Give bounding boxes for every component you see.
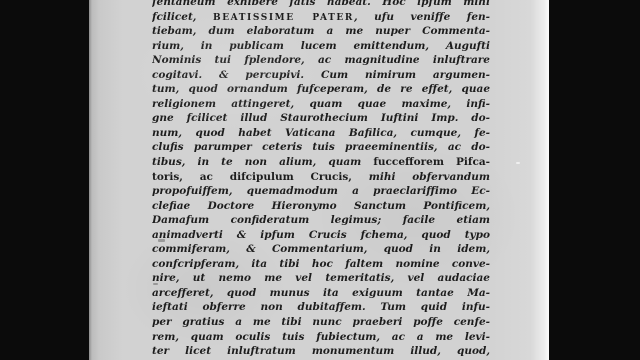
text-line: clefiae Doctore Hieronymo Sanctum Pontif… xyxy=(152,199,490,214)
text-line: cogitavi. & percupivi. Cum nimirum argum… xyxy=(152,68,490,83)
text-segment: confcripferam, ita tibi hoc faltem nomin… xyxy=(152,258,490,270)
text-segment: num, quod habet Vaticana Bafilica, cumqu… xyxy=(152,127,490,139)
text-line: nire, ut nemo me vel temeritatis, vel au… xyxy=(152,271,490,286)
paper-speck xyxy=(516,162,520,164)
video-frame: fentaneum exhibere fatis habeat. Hoc ipf… xyxy=(0,0,640,360)
text-segment: fuccefforem Pifca- xyxy=(373,156,490,168)
text-segment: animadverti & ipfum Crucis fchema, quod … xyxy=(152,229,490,241)
text-segment: propofuiffem, quemadmodum a praeclariffi… xyxy=(152,185,490,197)
text-segment: rium, in publicam lucem emittendum, Augu… xyxy=(152,40,490,52)
scanned-page: fentaneum exhibere fatis habeat. Hoc ipf… xyxy=(89,0,549,360)
text-segment: ter licet inluftratum monumentum illud, … xyxy=(152,345,490,357)
text-segment: Damafum confideratum legimus; facile eti… xyxy=(152,214,490,226)
text-line: confcripferam, ita tibi hoc faltem nomin… xyxy=(152,257,490,272)
text-line: ter licet inluftratum monumentum illud, … xyxy=(152,344,490,359)
text-segment: clefiae Doctore Hieronymo Sanctum Pontif… xyxy=(152,200,490,212)
text-segment: , ufu veniffe fen- xyxy=(354,11,490,23)
ink-speck xyxy=(153,283,158,285)
text-segment: nire, ut nemo me vel temeritatis, vel au… xyxy=(152,272,490,284)
ink-speck xyxy=(158,239,165,242)
text-line: commiferam, & Commentarium, quod in idem… xyxy=(152,242,490,257)
text-segment: rem, quam oculis tuis fubiectum, ac a me… xyxy=(152,331,490,343)
text-segment: toris, ac difcipulum Crucis, xyxy=(152,171,369,183)
text-segment: cogitavi. & percupivi. Cum nimirum argum… xyxy=(152,69,490,81)
text-segment: fentaneum exhibere fatis habeat. Hoc ipf… xyxy=(152,0,490,8)
text-segment: tibus, in te non alium, quam xyxy=(152,156,373,168)
text-segment: per gratius a me tibi nunc praeberi poff… xyxy=(152,316,490,328)
text-line: fentaneum exhibere fatis habeat. Hoc ipf… xyxy=(152,0,490,10)
text-line: ieftati obferre non dubitaffem. Tum quid… xyxy=(152,300,490,315)
text-line: tibus, in te non alium, quam fuccefforem… xyxy=(152,155,490,170)
text-line: rem, quam oculis tuis fubiectum, ac a me… xyxy=(152,330,490,345)
text-line: toris, ac difcipulum Crucis, mihi obferv… xyxy=(152,170,490,185)
text-line: tum, quod ornandum fufceperam, de re eff… xyxy=(152,82,490,97)
text-line: propofuiffem, quemadmodum a praeclariffi… xyxy=(152,184,490,199)
text-segment: BEATISSIME PATER xyxy=(213,13,354,23)
text-line: animadverti & ipfum Crucis fchema, quod … xyxy=(152,228,490,243)
text-segment: tum, quod ornandum fufceperam, de re eff… xyxy=(152,83,490,95)
text-segment: religionem attingeret, quam quae maxime,… xyxy=(152,98,490,110)
text-segment: Nominis tui fplendore, ac magnitudine in… xyxy=(152,54,490,66)
text-line: Nominis tui fplendore, ac magnitudine in… xyxy=(152,53,490,68)
text-segment: arcefferet, quod munus ita exiguum tanta… xyxy=(152,287,490,299)
text-line: Damafum confideratum legimus; facile eti… xyxy=(152,213,490,228)
text-line: fcilicet, BEATISSIME PATER, ufu veniffe … xyxy=(152,10,490,25)
text-line: clufis parumper ceteris tuis praeeminent… xyxy=(152,140,490,155)
text-segment: tiebam, dum elaboratum a me nuper Commen… xyxy=(152,25,490,37)
text-segment: ieftati obferre non dubitaffem. Tum quid… xyxy=(152,301,490,313)
text-line: gne fcilicet illud Staurothecium Iuftini… xyxy=(152,111,490,126)
text-segment: clufis parumper ceteris tuis praeeminent… xyxy=(152,141,490,153)
text-block: fentaneum exhibere fatis habeat. Hoc ipf… xyxy=(152,0,490,359)
text-line: arcefferet, quod munus ita exiguum tanta… xyxy=(152,286,490,301)
text-line: tiebam, dum elaboratum a me nuper Commen… xyxy=(152,24,490,39)
text-segment: fcilicet, xyxy=(152,11,213,23)
text-line: rium, in publicam lucem emittendum, Augu… xyxy=(152,39,490,54)
text-line: num, quod habet Vaticana Bafilica, cumqu… xyxy=(152,126,490,141)
text-line: religionem attingeret, quam quae maxime,… xyxy=(152,97,490,112)
text-segment: commiferam, & Commentarium, quod in idem… xyxy=(152,243,490,255)
text-segment: mihi obfervandum xyxy=(369,171,490,183)
text-line: per gratius a me tibi nunc praeberi poff… xyxy=(152,315,490,330)
text-segment: gne fcilicet illud Staurothecium Iuftini… xyxy=(152,112,490,124)
